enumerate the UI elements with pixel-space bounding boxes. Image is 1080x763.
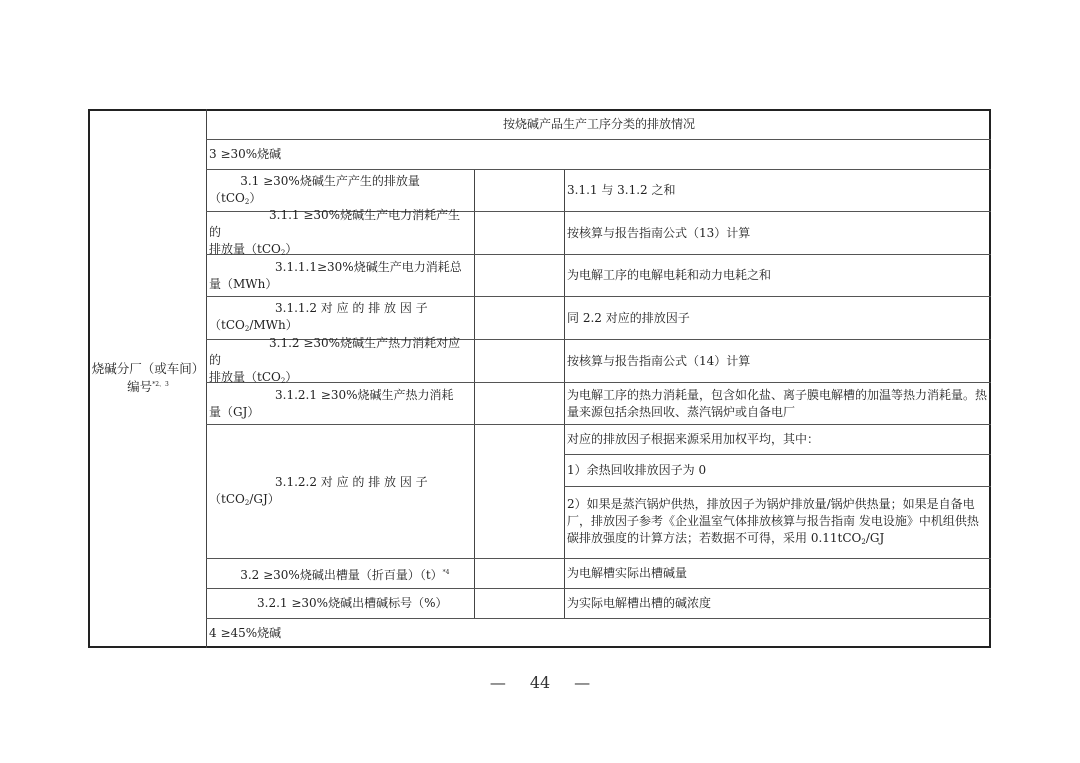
row-3-1-1-1-value-input[interactable]: [475, 255, 564, 296]
dash-left: —: [490, 673, 506, 692]
row-3-1-2-value-input[interactable]: [475, 340, 564, 382]
row-3-2-1-label: 3.2.1 ≥30%烧碱出槽碱标号（%）: [207, 589, 474, 618]
row-3-1-1-label: 3.1.1 ≥30%烧碱生产电力消耗产生的 排放量（tCO2）: [207, 212, 474, 254]
plant-id-label-line2: 编号*2、3: [90, 378, 206, 396]
row-3-2-label: 3.2 ≥30%烧碱出槽量（折百量）（t）*4: [207, 559, 474, 588]
row-3-1-2-label: 3.1.2 ≥30%烧碱生产热力消耗对应的 排放量（tCO2）: [207, 340, 474, 382]
row-3-1-note: 3.1.1 与 3.1.2 之和: [565, 170, 991, 211]
row-3-2-value-input[interactable]: [475, 559, 564, 588]
dash-right: —: [574, 673, 590, 692]
row-3-2-note: 为电解槽实际出槽碱量: [565, 559, 991, 588]
row-3-1-1-2-value-input[interactable]: [475, 297, 564, 339]
row-3-2-1-value-input[interactable]: [475, 589, 564, 618]
footnote-marker: *2、3: [152, 381, 169, 388]
row-3-1-2-2-value-input[interactable]: [475, 425, 564, 558]
row-3-1-1-1-label: 3.1.1.1≥30%烧碱生产电力消耗总 量（MWh）: [207, 255, 474, 296]
section-3-heading: 3 ≥30%烧碱: [207, 140, 991, 169]
section-4-heading: 4 ≥45%烧碱: [207, 619, 991, 647]
row-3-1-1-note: 按核算与报告指南公式（13）计算: [565, 212, 991, 254]
row-3-1-1-2-note: 同 2.2 对应的排放因子: [565, 297, 991, 339]
row-3-1-2-1-note: 为电解工序的热力消耗量，包含如化盐、离子膜电解槽的加温等热力消耗量。热量来源包括…: [565, 383, 991, 424]
page-number-value: 44: [530, 673, 550, 692]
plant-id-label: 烧碱分厂（或车间） 编号*2、3: [90, 360, 206, 396]
page-number: —44—: [0, 673, 1080, 692]
row-3-1-2-2-note-waste-heat: 1）余热回收排放因子为 0: [565, 455, 991, 486]
row-3-1-2-1-label: 3.1.2.1 ≥30%烧碱生产热力消耗 量（GJ）: [207, 383, 474, 424]
row-3-1-2-2-note-boiler: 2）如果是蒸汽锅炉供热，排放因子为锅炉排放量/锅炉供热量；如果是自备电厂，排放因…: [565, 487, 991, 558]
row-3-1-1-value-input[interactable]: [475, 212, 564, 254]
row-3-1-2-1-value-input[interactable]: [475, 383, 564, 424]
row-3-1-value-input[interactable]: [475, 170, 564, 211]
row-3-1-2-2-note-intro: 对应的排放因子根据来源采用加权平均，其中：: [565, 425, 991, 454]
row-3-2-1-note: 为实际电解槽出槽的碱浓度: [565, 589, 991, 618]
row-3-1-label: 3.1 ≥30%烧碱生产产生的排放量（tCO2）: [207, 170, 474, 211]
plant-id-label-line1: 烧碱分厂（或车间）: [90, 360, 206, 378]
footnote-marker: *4: [443, 569, 450, 576]
row-3-1-2-2-label: 3.1.2.2 对 应 的 排 放 因 子 （tCO2/GJ）: [207, 425, 474, 558]
row-3-1-2-note: 按核算与报告指南公式（14）计算: [565, 340, 991, 382]
row-3-1-1-2-label: 3.1.1.2 对 应 的 排 放 因 子 （tCO2/MWh）: [207, 297, 474, 339]
table-title: 按烧碱产品生产工序分类的排放情况: [207, 110, 991, 139]
row-3-1-1-1-note: 为电解工序的电解电耗和动力电耗之和: [565, 255, 991, 296]
